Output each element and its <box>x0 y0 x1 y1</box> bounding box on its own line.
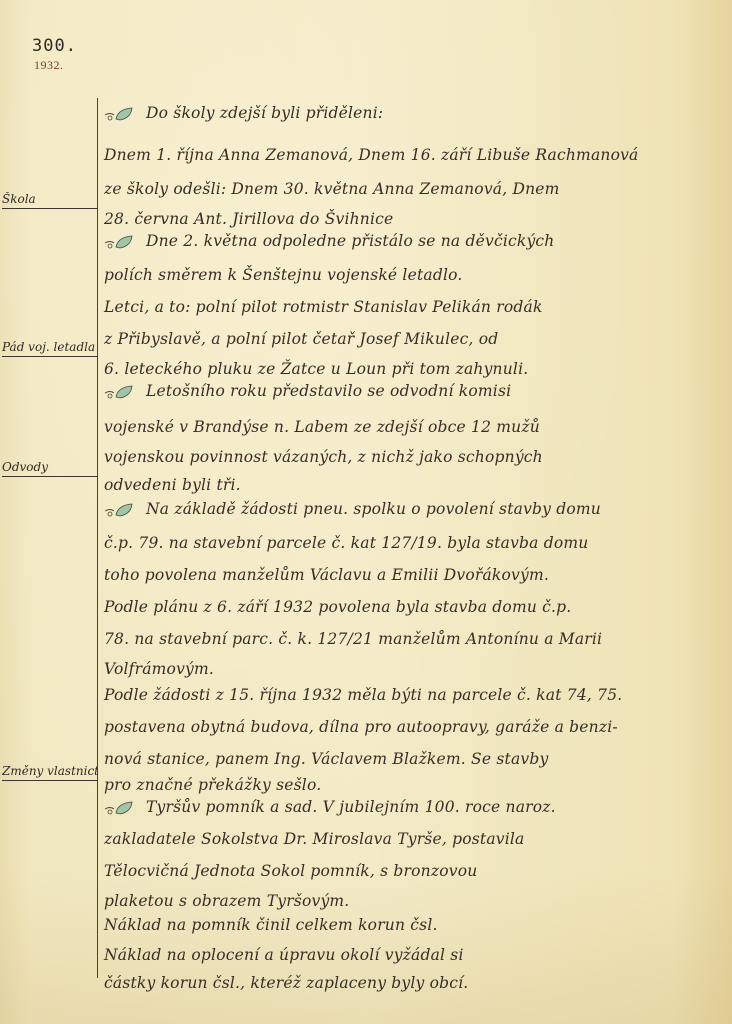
entry-line: Volfrámovým. <box>104 660 214 678</box>
entry-line: odvedeni byli tři. <box>104 476 241 494</box>
line-text: částky korun čsl., kteréž zaplaceny byly… <box>104 974 468 992</box>
line-text: 6. leteckého pluku ze Žatce u Loun při t… <box>104 360 528 378</box>
line-text: pro značné překážky sešlo. <box>104 776 321 794</box>
entry-line: 6. leteckého pluku ze Žatce u Loun při t… <box>104 360 528 378</box>
line-text: Dne 2. května odpoledne přistálo se na d… <box>146 232 555 250</box>
leaf-ornament-icon <box>104 106 138 122</box>
entry-heading-line: Do školy zdejší byli přiděleni: <box>104 104 383 122</box>
entry-line: polích směrem k Šenštejnu vojenské letad… <box>104 266 463 284</box>
line-text: postavena obytná budova, dílna pro autoo… <box>104 718 618 736</box>
entry-line: č.p. 79. na stavební parcele č. kat 127/… <box>104 534 588 552</box>
entry-line: vojenské v Brandýse n. Labem ze zdejší o… <box>104 418 540 436</box>
line-text: toho povolena manželům Václavu a Emilii … <box>104 566 549 584</box>
leaf-ornament-icon <box>104 800 138 816</box>
entry-line: zakladatele Sokolstva Dr. Miroslava Tyrš… <box>104 830 524 848</box>
entry-line: Dnem 1. října Anna Zemanová, Dnem 16. zá… <box>104 146 639 164</box>
line-text: polích směrem k Šenštejnu vojenské letad… <box>104 266 463 284</box>
entry-line: Tělocvičná Jednota Sokol pomník, s bronz… <box>104 862 477 880</box>
entry-line: Podle žádosti z 15. října 1932 měla býti… <box>104 686 622 704</box>
line-text: Náklad na pomník činil celkem korun čsl. <box>104 916 438 934</box>
line-text: Volfrámovým. <box>104 660 214 678</box>
line-text: vojenské v Brandýse n. Labem ze zdejší o… <box>104 418 540 436</box>
line-text: Na základě žádosti pneu. spolku o povole… <box>146 500 601 518</box>
margin-note: Odvody <box>2 460 98 477</box>
margin-note: Pád voj. letadla <box>2 340 98 357</box>
leaf-ornament-icon <box>104 502 138 518</box>
entry-line: Náklad na pomník činil celkem korun čsl. <box>104 916 438 934</box>
entry-line: vojenskou povinnost vázaných, z nichž ja… <box>104 448 543 466</box>
line-text: nová stanice, panem Ing. Václavem Blažke… <box>104 750 548 768</box>
line-text: Podle žádosti z 15. října 1932 měla býti… <box>104 686 622 704</box>
entry-heading-line: Letošního roku představilo se odvodní ko… <box>104 382 511 400</box>
line-text: Podle plánu z 6. září 1932 povolena byla… <box>104 598 571 616</box>
line-text: Dnem 1. října Anna Zemanová, Dnem 16. zá… <box>104 146 639 164</box>
line-text: zakladatele Sokolstva Dr. Miroslava Tyrš… <box>104 830 524 848</box>
entry-line: Letci, a to: polní pilot rotmistr Stanis… <box>104 298 543 316</box>
leaf-ornament-icon <box>104 384 138 400</box>
entry-line: pro značné překážky sešlo. <box>104 776 321 794</box>
line-text: č.p. 79. na stavební parcele č. kat 127/… <box>104 534 588 552</box>
line-text: Letci, a to: polní pilot rotmistr Stanis… <box>104 298 543 316</box>
entry-heading-line: Na základě žádosti pneu. spolku o povole… <box>104 500 601 518</box>
entry-line: Podle plánu z 6. září 1932 povolena byla… <box>104 598 571 616</box>
entry-line: částky korun čsl., kteréž zaplaceny byly… <box>104 974 468 992</box>
line-text: Do školy zdejší byli přiděleni: <box>146 104 383 122</box>
margin-note: Změny vlastnict. <box>2 764 98 781</box>
line-text: Tyršův pomník a sad. V jubilejním 100. r… <box>146 798 556 816</box>
entry-line: 28. června Ant. Jirillova do Švihnice <box>104 210 393 228</box>
entry-line: z Přibyslavě, a polní pilot četař Josef … <box>104 330 498 348</box>
line-text: odvedeni byli tři. <box>104 476 241 494</box>
line-text: z Přibyslavě, a polní pilot četař Josef … <box>104 330 498 348</box>
page-number: 300. <box>32 36 77 56</box>
entry-line: Náklad na oplocení a úpravu okolí vyžáda… <box>104 946 464 964</box>
line-text: vojenskou povinnost vázaných, z nichž ja… <box>104 448 543 466</box>
page-year: 1932. <box>34 58 64 73</box>
margin-rule <box>97 98 98 978</box>
entry-line: plaketou s obrazem Tyršovým. <box>104 892 349 910</box>
entry-line: 78. na stavební parc. č. k. 127/21 manže… <box>104 630 602 648</box>
entry-line: toho povolena manželům Václavu a Emilii … <box>104 566 549 584</box>
line-text: ze školy odešli: Dnem 30. května Anna Ze… <box>104 180 560 198</box>
line-text: 78. na stavební parc. č. k. 127/21 manže… <box>104 630 602 648</box>
entry-heading-line: Dne 2. května odpoledne přistálo se na d… <box>104 232 555 250</box>
line-text: Letošního roku představilo se odvodní ko… <box>146 382 511 400</box>
line-text: 28. června Ant. Jirillova do Švihnice <box>104 210 393 228</box>
margin-note: Škola <box>2 192 98 209</box>
line-text: Tělocvičná Jednota Sokol pomník, s bronz… <box>104 862 477 880</box>
entry-line: postavena obytná budova, dílna pro autoo… <box>104 718 618 736</box>
entry-line: nová stanice, panem Ing. Václavem Blažke… <box>104 750 548 768</box>
entry-heading-line: Tyršův pomník a sad. V jubilejním 100. r… <box>104 798 556 816</box>
line-text: plaketou s obrazem Tyršovým. <box>104 892 349 910</box>
entry-line: ze školy odešli: Dnem 30. května Anna Ze… <box>104 180 560 198</box>
leaf-ornament-icon <box>104 234 138 250</box>
line-text: Náklad na oplocení a úpravu okolí vyžáda… <box>104 946 464 964</box>
